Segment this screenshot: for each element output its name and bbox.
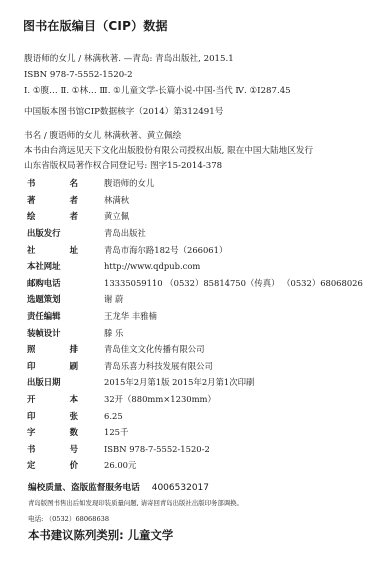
detail-label: 定价 [27, 459, 78, 471]
detail-row-mail-order-phone: 邮购电话 13335059110 （0532）85814750（传真） （053… [27, 275, 363, 292]
detail-row-publisher: 出版发行 青岛出版社 [27, 225, 363, 242]
website-link[interactable]: http://www.qdpub.com [78, 261, 200, 271]
cip-heading: 图书在版编目（CIP）数据 [23, 17, 168, 34]
detail-row-website: 本社网址 http://www.qdpub.com [27, 258, 363, 275]
detail-value: 32开（880mm×1230mm） [78, 393, 216, 405]
detail-label: 责任编辑 [27, 310, 78, 322]
quality-hotline-label: 编校质量、盗版监督服务电话 [28, 483, 140, 493]
detail-row-isbn: 书号 ISBN 978-7-5552-1520-2 [27, 441, 363, 458]
detail-label: 装帧设计 [27, 327, 78, 339]
detail-value: 13335059110 （0532）85814750（传真） （0532）680… [78, 277, 363, 289]
detail-value: 125千 [78, 426, 128, 438]
publication-details: 书名 腹语师的女儿 著者 林满秋 绘者 黄立佩 出版发行 青岛出版社 社址 青岛… [27, 175, 363, 474]
detail-row-designer: 装帧设计 滕 乐 [27, 324, 363, 341]
detail-value: 林满秋 [78, 194, 129, 206]
license-block: 书名 / 腹语师的女儿 林满秋著、黄立佩绘 本书由台湾远见天下文化出版股份有限公… [24, 129, 313, 174]
license-title-line: 书名 / 腹语师的女儿 林满秋著、黄立佩绘 [24, 129, 313, 144]
detail-row-publish-date: 出版日期 2015年2月第1版 2015年2月第1次印刷 [27, 374, 363, 391]
detail-value: 26.00元 [78, 459, 136, 471]
cip-classification-line: Ⅰ. ①腹… Ⅱ. ①林… Ⅲ. ①儿童文学-长篇小说-中国-当代 Ⅳ. ①I2… [24, 83, 291, 99]
detail-value: 2015年2月第1版 2015年2月第1次印刷 [78, 376, 254, 388]
detail-row-sheets: 印张 6.25 [27, 407, 363, 424]
detail-row-title: 书名 腹语师的女儿 [27, 175, 363, 192]
shelf-category: 本书建议陈列类别: 儿童文学 [28, 527, 243, 543]
detail-row-editor: 责任编辑 王龙华 丰雅楠 [27, 308, 363, 325]
license-authorization-line: 本书由台湾远见天下文化出版股份有限公司授权出版, 限在中国大陆地区发行 [24, 144, 313, 159]
detail-value: 青岛佳文文化传播有限公司 [78, 343, 205, 355]
detail-label: 出版发行 [27, 227, 78, 239]
detail-value: 黄立佩 [78, 210, 129, 222]
quality-hotline: 编校质量、盗版监督服务电话4006532017 [28, 481, 243, 493]
detail-label: 选题策划 [27, 293, 78, 305]
detail-label: 著者 [27, 194, 78, 206]
detail-value: 谢 蔚 [78, 293, 123, 305]
detail-row-printer: 印刷 青岛乐喜力科技发展有限公司 [27, 358, 363, 375]
detail-value: 青岛乐喜力科技发展有限公司 [78, 360, 213, 372]
detail-row-word-count: 字数 125千 [27, 424, 363, 441]
detail-row-price: 定价 26.00元 [27, 457, 363, 474]
detail-label: 邮购电话 [27, 277, 78, 289]
detail-row-address: 社址 青岛市海尔路182号（266061） [27, 241, 363, 258]
return-note: 青岛版图书售出后如发现印装质量问题, 请寄回青岛出版社出版印务部调换。 [28, 498, 243, 507]
detail-label: 字数 [27, 426, 78, 438]
detail-value: 青岛出版社 [78, 227, 146, 239]
detail-value: ISBN 978-7-5552-1520-2 [78, 444, 210, 454]
detail-label: 书号 [27, 443, 78, 455]
detail-row-format: 开本 32开（880mm×1230mm） [27, 391, 363, 408]
detail-label: 照排 [27, 343, 78, 355]
detail-label: 绘者 [27, 210, 78, 222]
detail-row-author: 著者 林满秋 [27, 192, 363, 209]
detail-label: 本社网址 [27, 260, 78, 272]
cip-title-line: 腹语师的女儿 / 林满秋著. —青岛: 青岛出版社, 2015.1 [24, 51, 291, 67]
detail-value: 滕 乐 [78, 327, 123, 339]
detail-value: 6.25 [78, 411, 123, 421]
copyright-page: 图书在版编目（CIP）数据 腹语师的女儿 / 林满秋著. —青岛: 青岛出版社,… [0, 0, 375, 568]
footer-block: 编校质量、盗版监督服务电话4006532017 青岛版图书售出后如发现印装质量问… [28, 481, 243, 543]
detail-label: 印刷 [27, 360, 78, 372]
service-phone: 电话: （0532）68068638 [28, 513, 243, 523]
detail-label: 印张 [27, 410, 78, 422]
cip-isbn-line: ISBN 978-7-5552-1520-2 [24, 67, 291, 83]
detail-label: 社址 [27, 244, 78, 256]
license-registration-line: 山东省版权局著作权合同登记号: 图字15-2014-378 [24, 159, 313, 174]
detail-label: 书名 [27, 177, 78, 189]
quality-hotline-number: 4006532017 [152, 483, 209, 493]
detail-row-typesetting: 照排 青岛佳文文化传播有限公司 [27, 341, 363, 358]
cip-number-line: 中国版本图书馆CIP数据核字（2014）第312491号 [24, 104, 291, 120]
detail-value: 青岛市海尔路182号（266061） [78, 244, 227, 256]
detail-label: 开本 [27, 393, 78, 405]
detail-value: 王龙华 丰雅楠 [78, 310, 157, 322]
detail-value: 腹语师的女儿 [78, 177, 154, 189]
detail-row-illustrator: 绘者 黄立佩 [27, 208, 363, 225]
cip-block: 腹语师的女儿 / 林满秋著. —青岛: 青岛出版社, 2015.1 ISBN 9… [24, 51, 291, 120]
detail-label: 出版日期 [27, 376, 78, 388]
detail-row-planner: 选题策划 谢 蔚 [27, 291, 363, 308]
